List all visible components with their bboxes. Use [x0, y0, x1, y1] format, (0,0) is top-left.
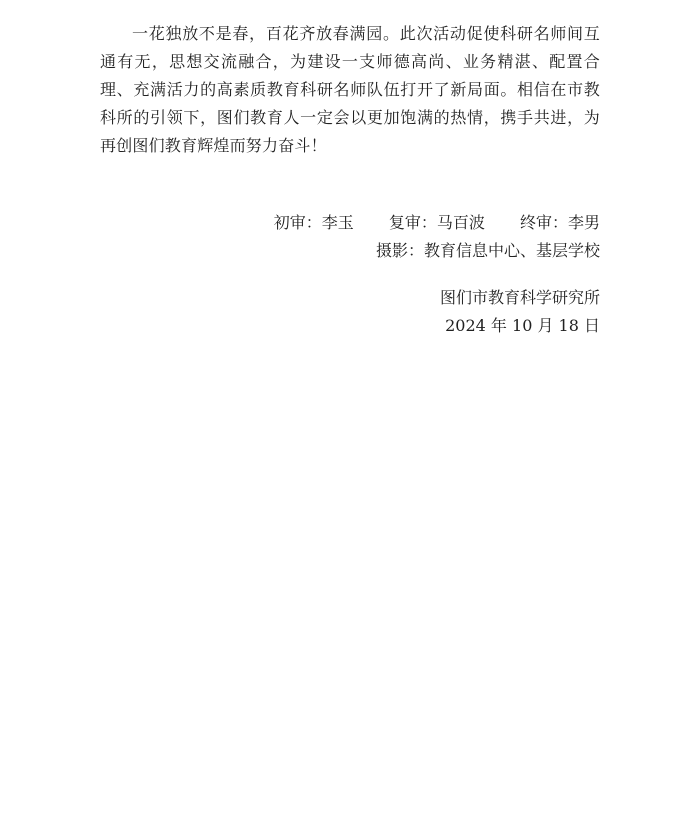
credits-block: 初审：李玉 复审：马百波 终审：李男 摄影：教育信息中心、基层学校	[274, 209, 600, 265]
signature-block: 图们市教育科学研究所 2024 年 10 月 18 日	[440, 284, 600, 340]
second-review-credit: 复审：马百波	[389, 213, 485, 232]
photo-credit-line: 摄影：教育信息中心、基层学校	[274, 237, 600, 265]
signature-organization: 图们市教育科学研究所	[440, 284, 600, 312]
first-review-credit: 初审：李玉	[274, 213, 354, 232]
review-line: 初审：李玉 复审：马百波 终审：李男	[274, 209, 600, 237]
signature-date: 2024 年 10 月 18 日	[440, 312, 600, 340]
final-review-credit: 终审：李男	[520, 213, 600, 232]
body-paragraph: 一花独放不是春，百花齐放春满园。此次活动促使科研名师间互通有无，思想交流融合，为…	[100, 20, 600, 160]
document-page: 一花独放不是春，百花齐放春满园。此次活动促使科研名师间互通有无，思想交流融合，为…	[0, 0, 700, 822]
